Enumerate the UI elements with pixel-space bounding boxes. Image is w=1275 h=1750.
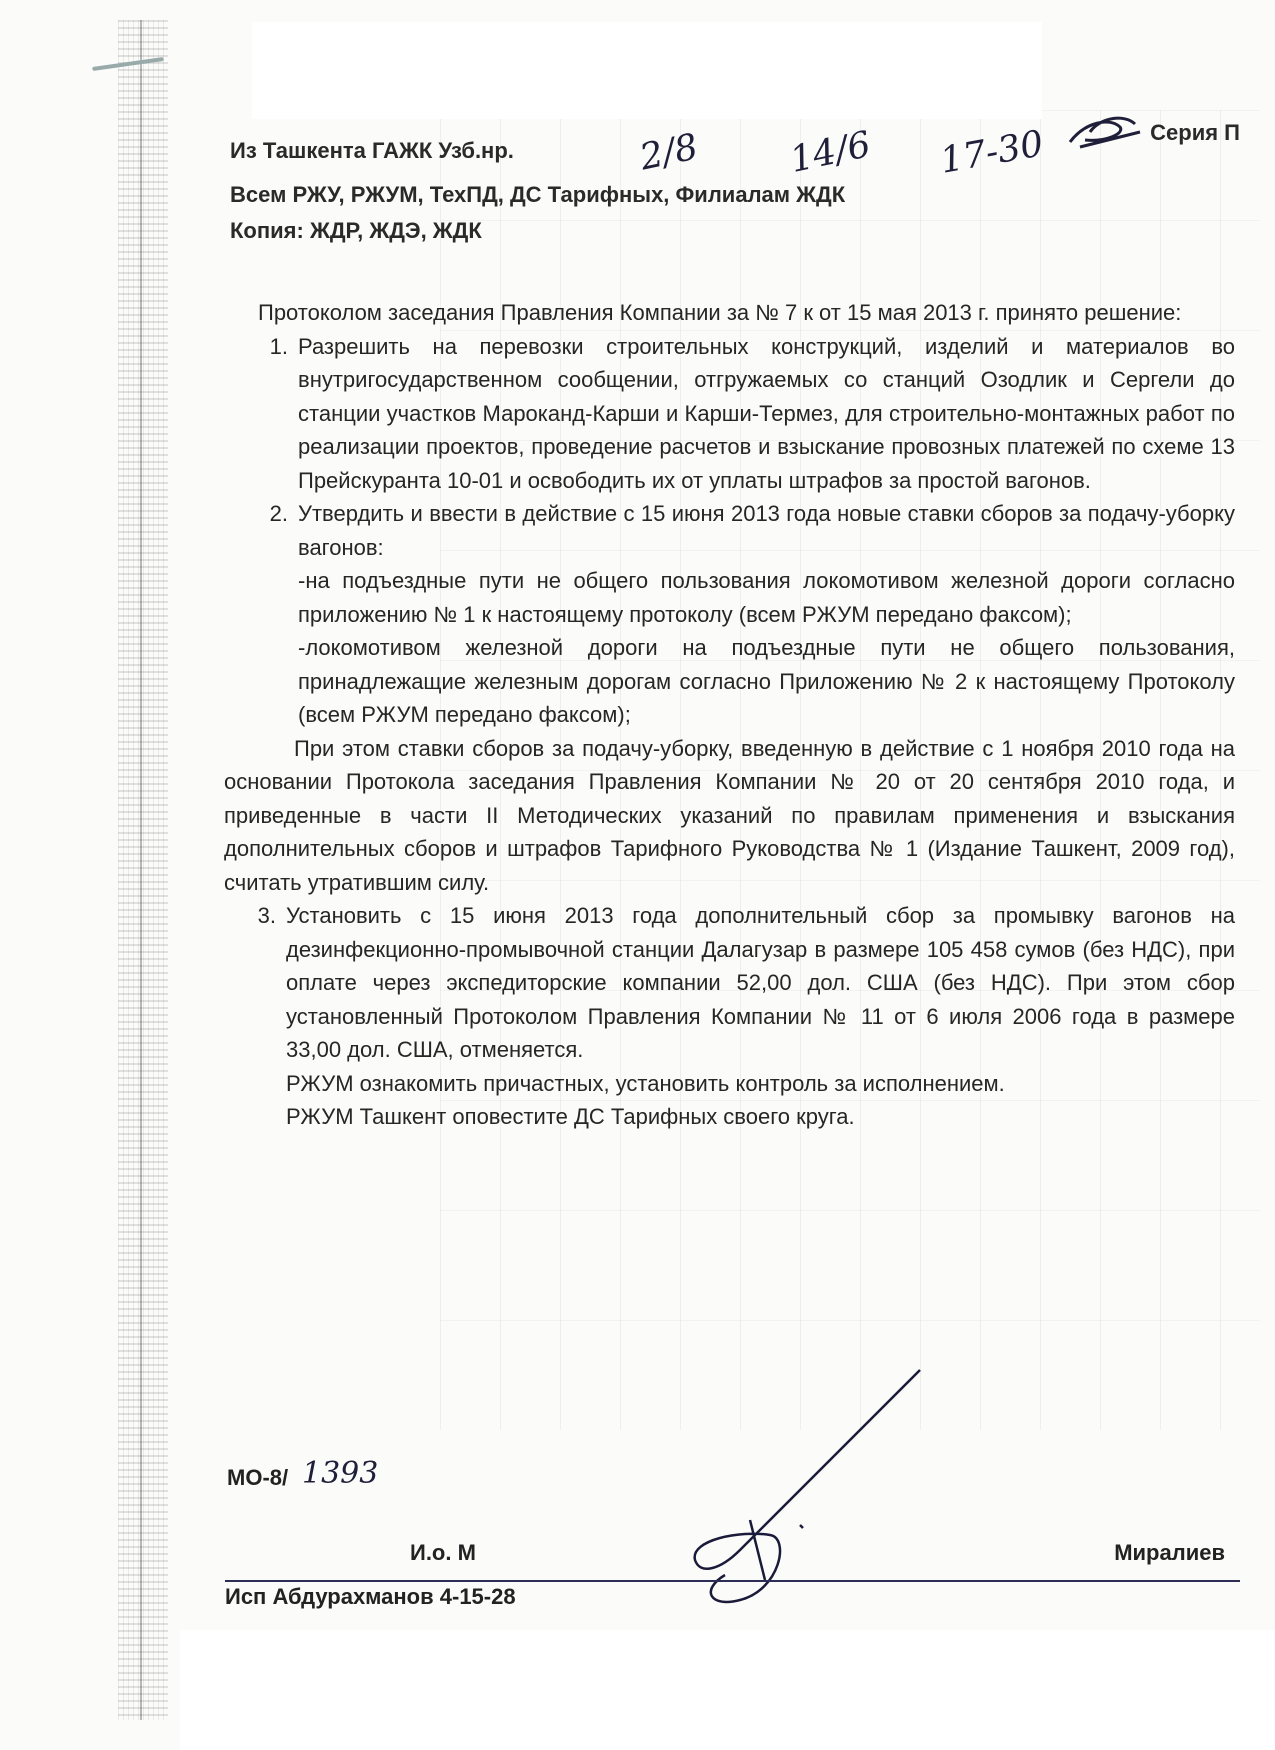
scan-edge-noise bbox=[118, 20, 168, 1720]
item-2-subpoint-1: -на подъездные пути не общего пользовани… bbox=[298, 564, 1235, 631]
item-number: 1. bbox=[230, 330, 298, 498]
decision-list: 1. Разрешить на перевозки строительных к… bbox=[230, 330, 1235, 565]
item-text: Установить с 15 июня 2013 года дополните… bbox=[286, 899, 1235, 1067]
decision-item-2: 2. Утвердить и ввести в действие с 15 ию… bbox=[230, 497, 1235, 564]
reference-prefix: МО-8/ bbox=[227, 1465, 288, 1491]
item-2-subpoint-2: -локомотивом железной дороги на подъездн… bbox=[298, 631, 1235, 732]
decision-item-1: 1. Разрешить на перевозки строительных к… bbox=[230, 330, 1235, 498]
item-text: Утвердить и ввести в действие с 15 июня … bbox=[298, 497, 1235, 564]
from-line: Из Ташкента ГАЖК Узб.нр. bbox=[230, 138, 514, 164]
item-2-note: При этом ставки сборов за подачу-уборку,… bbox=[224, 732, 1235, 900]
signer-name: Миралиев bbox=[1114, 1540, 1225, 1566]
copy-line: Копия: ЖДР, ЖДЭ, ЖДК bbox=[230, 218, 482, 244]
redaction-block-top bbox=[252, 22, 1042, 119]
executor-line: Исп Абдурахманов 4-15-28 bbox=[225, 1584, 516, 1610]
series-label: Серия П bbox=[1150, 120, 1240, 146]
document-body: Протоколом заседания Правления Компании … bbox=[230, 296, 1235, 1134]
closing-instruction-2: РЖУМ Ташкент оповестите ДС Тарифных свое… bbox=[286, 1100, 1235, 1134]
decision-item-3: 3. Установить с 15 июня 2013 года дополн… bbox=[230, 899, 1235, 1067]
item-number: 3. bbox=[230, 899, 286, 1067]
initials-signature-icon bbox=[1065, 112, 1145, 152]
intro-paragraph: Протоколом заседания Правления Компании … bbox=[212, 296, 1235, 330]
item-number: 2. bbox=[230, 497, 298, 564]
redaction-block-bottom bbox=[180, 1630, 1275, 1750]
recipients-line: Всем РЖУ, РЖУМ, ТехПД, ДС Тарифных, Фили… bbox=[230, 182, 845, 208]
signer-title: И.о. М bbox=[410, 1540, 476, 1566]
decision-list-continued: 3. Установить с 15 июня 2013 года дополн… bbox=[230, 899, 1235, 1067]
item-text: Разрешить на перевозки строительных конс… bbox=[298, 330, 1235, 498]
scan-edge-line bbox=[140, 20, 142, 1720]
reference-number-handwritten: 1393 bbox=[302, 1456, 378, 1491]
closing-instruction-1: РЖУМ ознакомить причастных, установить к… bbox=[286, 1067, 1235, 1101]
signature-row: И.о. М Миралиев bbox=[225, 1540, 1240, 1582]
